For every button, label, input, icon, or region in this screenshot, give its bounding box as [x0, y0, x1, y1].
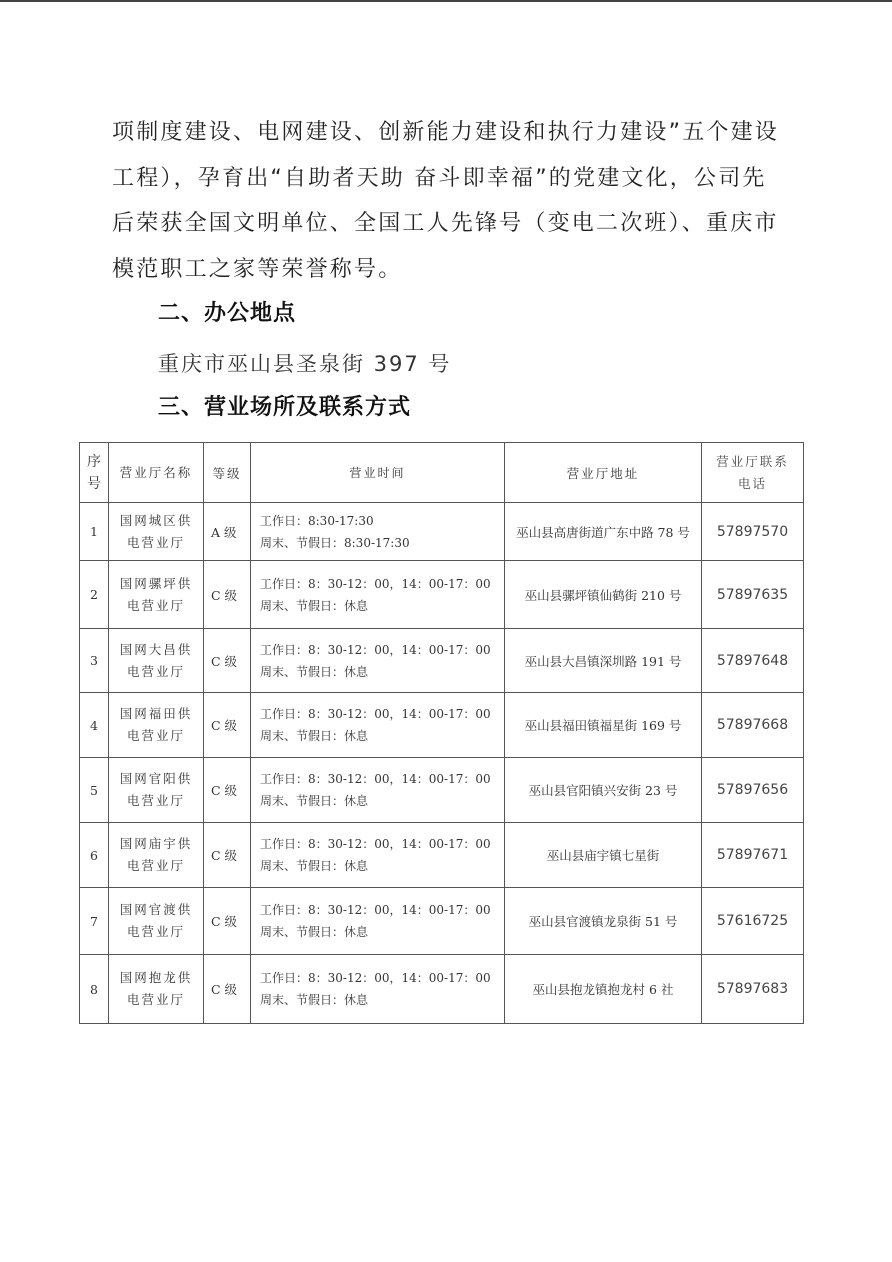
cell-address: 巫山县官渡镇龙泉街 51 号: [505, 888, 702, 955]
hours-weekend: 周末、节假日：8:30-17:30: [260, 532, 504, 554]
hours-weekday: 工作日：8：30-12：00，14：00-17：00: [260, 768, 504, 790]
section-heading-service-locations: 三、营业场所及联系方式: [158, 390, 411, 421]
service-halls-table: 序 号 营业厅名称 等级 营业时间 营业厅地址 营业厅联系 电话 1 国网城区供…: [79, 442, 804, 1024]
name-line1: 国网抱龙供: [109, 967, 203, 989]
cell-grade: C 级: [204, 629, 251, 693]
cell-address: 巫山县大昌镇深圳路 191 号: [505, 629, 702, 693]
header-no: 序 号: [80, 443, 109, 503]
table-row: 3 国网大昌供电营业厅 C 级 工作日：8：30-12：00，14：00-17：…: [80, 629, 804, 693]
cell-address: 巫山县抱龙镇抱龙村 6 社: [505, 955, 702, 1024]
cell-no: 4: [80, 693, 109, 758]
cell-hours: 工作日：8：30-12：00，14：00-17：00周末、节假日：休息: [251, 823, 505, 888]
cell-no: 1: [80, 503, 109, 561]
paragraph-line: 模范职工之家等荣誉称号。: [112, 247, 792, 293]
table-row: 5 国网官阳供电营业厅 C 级 工作日：8：30-12：00，14：00-17：…: [80, 758, 804, 823]
cell-name: 国网庙宇供电营业厅: [109, 823, 204, 888]
cell-no: 6: [80, 823, 109, 888]
cell-grade: C 级: [204, 561, 251, 629]
cell-grade: C 级: [204, 888, 251, 955]
name-line1: 国网福田供: [109, 703, 203, 725]
cell-address: 巫山县庙宇镇七星街: [505, 823, 702, 888]
cell-no: 7: [80, 888, 109, 955]
hours-weekday: 工作日：8：30-12：00，14：00-17：00: [260, 899, 504, 921]
name-line1: 国网官阳供: [109, 768, 203, 790]
name-line1: 国网官渡供: [109, 899, 203, 921]
name-line1: 国网庙宇供: [109, 833, 203, 855]
hours-weekend: 周末、节假日：休息: [260, 790, 504, 812]
name-line2: 电营业厅: [109, 790, 203, 812]
cell-grade: C 级: [204, 955, 251, 1024]
header-phone-line1: 营业厅联系: [702, 451, 803, 473]
table-header-row: 序 号 营业厅名称 等级 营业时间 营业厅地址 营业厅联系 电话: [80, 443, 804, 503]
cell-phone: 57616725: [702, 888, 804, 955]
paragraph-line: 工程），孕育出“自助者天助 奋斗即幸福”的党建文化，公司先: [112, 156, 792, 202]
hours-weekend: 周末、节假日：休息: [260, 661, 504, 683]
hours-weekday: 工作日：8:30-17:30: [260, 510, 504, 532]
cell-address: 巫山县高唐街道广东中路 78 号: [505, 503, 702, 561]
cell-no: 8: [80, 955, 109, 1024]
intro-paragraph: 项制度建设、电网建设、创新能力建设和执行力建设”五个建设 工程），孕育出“自助者…: [112, 110, 792, 292]
name-line1: 国网城区供: [109, 510, 203, 532]
cell-no: 5: [80, 758, 109, 823]
cell-hours: 工作日：8：30-12：00，14：00-17：00周末、节假日：休息: [251, 693, 505, 758]
header-no-line1: 序: [80, 451, 108, 473]
cell-no: 2: [80, 561, 109, 629]
hours-weekday: 工作日：8：30-12：00，14：00-17：00: [260, 967, 504, 989]
cell-phone: 57897570: [702, 503, 804, 561]
cell-hours: 工作日：8：30-12：00，14：00-17：00周末、节假日：休息: [251, 629, 505, 693]
header-address: 营业厅地址: [505, 443, 702, 503]
header-grade: 等级: [204, 443, 251, 503]
cell-grade: C 级: [204, 823, 251, 888]
hours-weekend: 周末、节假日：休息: [260, 989, 504, 1011]
cell-name: 国网骡坪供电营业厅: [109, 561, 204, 629]
name-line1: 国网大昌供: [109, 639, 203, 661]
table-row: 4 国网福田供电营业厅 C 级 工作日：8：30-12：00，14：00-17：…: [80, 693, 804, 758]
page-top-border: [0, 0, 892, 2]
cell-hours: 工作日：8：30-12：00，14：00-17：00周末、节假日：休息: [251, 888, 505, 955]
cell-grade: C 级: [204, 693, 251, 758]
cell-hours: 工作日：8：30-12：00，14：00-17：00周末、节假日：休息: [251, 955, 505, 1024]
cell-hours: 工作日：8：30-12：00，14：00-17：00周末、节假日：休息: [251, 561, 505, 629]
hours-weekend: 周末、节假日：休息: [260, 595, 504, 617]
name-line2: 电营业厅: [109, 595, 203, 617]
cell-name: 国网城区供电营业厅: [109, 503, 204, 561]
hours-weekday: 工作日：8：30-12：00，14：00-17：00: [260, 703, 504, 725]
cell-name: 国网大昌供电营业厅: [109, 629, 204, 693]
cell-no: 3: [80, 629, 109, 693]
hours-weekend: 周末、节假日：休息: [260, 855, 504, 877]
cell-name: 国网官渡供电营业厅: [109, 888, 204, 955]
cell-address: 巫山县官阳镇兴安街 23 号: [505, 758, 702, 823]
table-row: 6 国网庙宇供电营业厅 C 级 工作日：8：30-12：00，14：00-17：…: [80, 823, 804, 888]
table-row: 8 国网抱龙供电营业厅 C 级 工作日：8：30-12：00，14：00-17：…: [80, 955, 804, 1024]
cell-phone: 57897656: [702, 758, 804, 823]
hours-weekend: 周末、节假日：休息: [260, 725, 504, 747]
header-phone-line2: 电话: [702, 473, 803, 495]
table-row: 2 国网骡坪供电营业厅 C 级 工作日：8：30-12：00，14：00-17：…: [80, 561, 804, 629]
hours-weekday: 工作日：8：30-12：00，14：00-17：00: [260, 833, 504, 855]
section-heading-office-location: 二、办公地点: [158, 296, 296, 327]
paragraph-line: 项制度建设、电网建设、创新能力建设和执行力建设”五个建设: [112, 110, 792, 156]
name-line2: 电营业厅: [109, 921, 203, 943]
cell-address: 巫山县福田镇福星街 169 号: [505, 693, 702, 758]
name-line2: 电营业厅: [109, 855, 203, 877]
hours-weekday: 工作日：8：30-12：00，14：00-17：00: [260, 573, 504, 595]
name-line2: 电营业厅: [109, 725, 203, 747]
cell-name: 国网抱龙供电营业厅: [109, 955, 204, 1024]
cell-phone: 57897683: [702, 955, 804, 1024]
header-phone: 营业厅联系 电话: [702, 443, 804, 503]
name-line1: 国网骡坪供: [109, 573, 203, 595]
hours-weekday: 工作日：8：30-12：00，14：00-17：00: [260, 639, 504, 661]
cell-address: 巫山县骡坪镇仙鹤街 210 号: [505, 561, 702, 629]
cell-phone: 57897635: [702, 561, 804, 629]
cell-grade: C 级: [204, 758, 251, 823]
header-hours: 营业时间: [251, 443, 505, 503]
cell-phone: 57897648: [702, 629, 804, 693]
cell-phone: 57897671: [702, 823, 804, 888]
name-line2: 电营业厅: [109, 661, 203, 683]
cell-phone: 57897668: [702, 693, 804, 758]
name-line2: 电营业厅: [109, 532, 203, 554]
cell-name: 国网官阳供电营业厅: [109, 758, 204, 823]
hours-weekend: 周末、节假日：休息: [260, 921, 504, 943]
cell-hours: 工作日：8:30-17:30周末、节假日：8:30-17:30: [251, 503, 505, 561]
header-no-line2: 号: [80, 473, 108, 495]
name-line2: 电营业厅: [109, 989, 203, 1011]
cell-name: 国网福田供电营业厅: [109, 693, 204, 758]
office-address: 重庆市巫山县圣泉街 397 号: [158, 348, 451, 378]
paragraph-line: 后荣获全国文明单位、全国工人先锋号（变电二次班）、重庆市: [112, 201, 792, 247]
cell-grade: A 级: [204, 503, 251, 561]
header-name: 营业厅名称: [109, 443, 204, 503]
table-row: 1 国网城区供电营业厅 A 级 工作日：8:30-17:30周末、节假日：8:3…: [80, 503, 804, 561]
table-row: 7 国网官渡供电营业厅 C 级 工作日：8：30-12：00，14：00-17：…: [80, 888, 804, 955]
cell-hours: 工作日：8：30-12：00，14：00-17：00周末、节假日：休息: [251, 758, 505, 823]
